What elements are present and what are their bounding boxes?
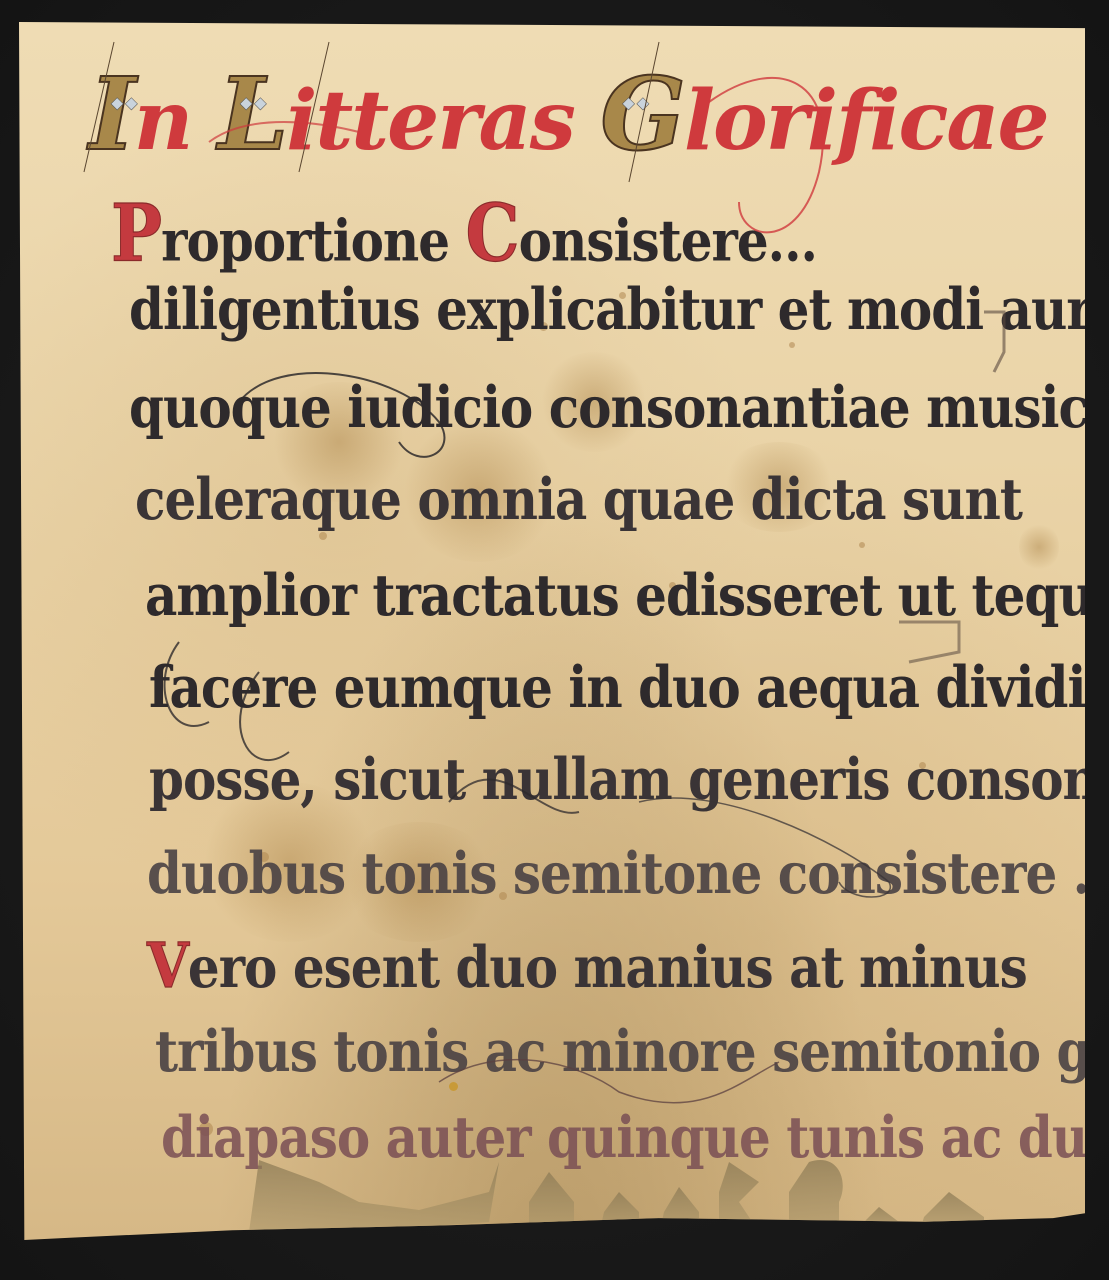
text-line: celeraque omnia quae dicta sunt: [135, 465, 1022, 533]
manuscript-body: Proportione Consistere... diligentius ex…: [19, 22, 1085, 1240]
text-line: posse, sicut nullam generis consonant: [149, 745, 1109, 813]
line-text: roportione: [161, 206, 465, 274]
text-line: diligentius explicabitur et modi aurium: [129, 275, 1109, 343]
text-line: tribus tonis ac minore semitonio generi: [155, 1017, 1109, 1085]
text-line: facere eumque in duo aequa dividi non: [149, 653, 1109, 721]
text-line: amplior tractatus edisseret ut tequm: [145, 561, 1109, 629]
rubric-initial-v: V: [147, 928, 188, 1002]
line-text: onsistere...: [519, 206, 817, 274]
text-line: Vero esent duo manius at minus: [147, 928, 1027, 1002]
text-line: duobus tonis semitone consistere .: [147, 839, 1089, 907]
text-line: Proportione Consistere...: [111, 188, 817, 280]
text-line: diapaso auter quinque tunis ac duobus: [161, 1103, 1109, 1171]
manuscript-sheet: In Litteras Glorificae Proportione Consi…: [19, 22, 1085, 1240]
rubric-initial-p: P: [111, 188, 161, 280]
text-line: quoque iudicio consonantiae musicae: [129, 373, 1109, 441]
line-text: ero esent duo manius at minus: [188, 933, 1027, 1001]
rubric-initial-c: C: [466, 188, 519, 280]
